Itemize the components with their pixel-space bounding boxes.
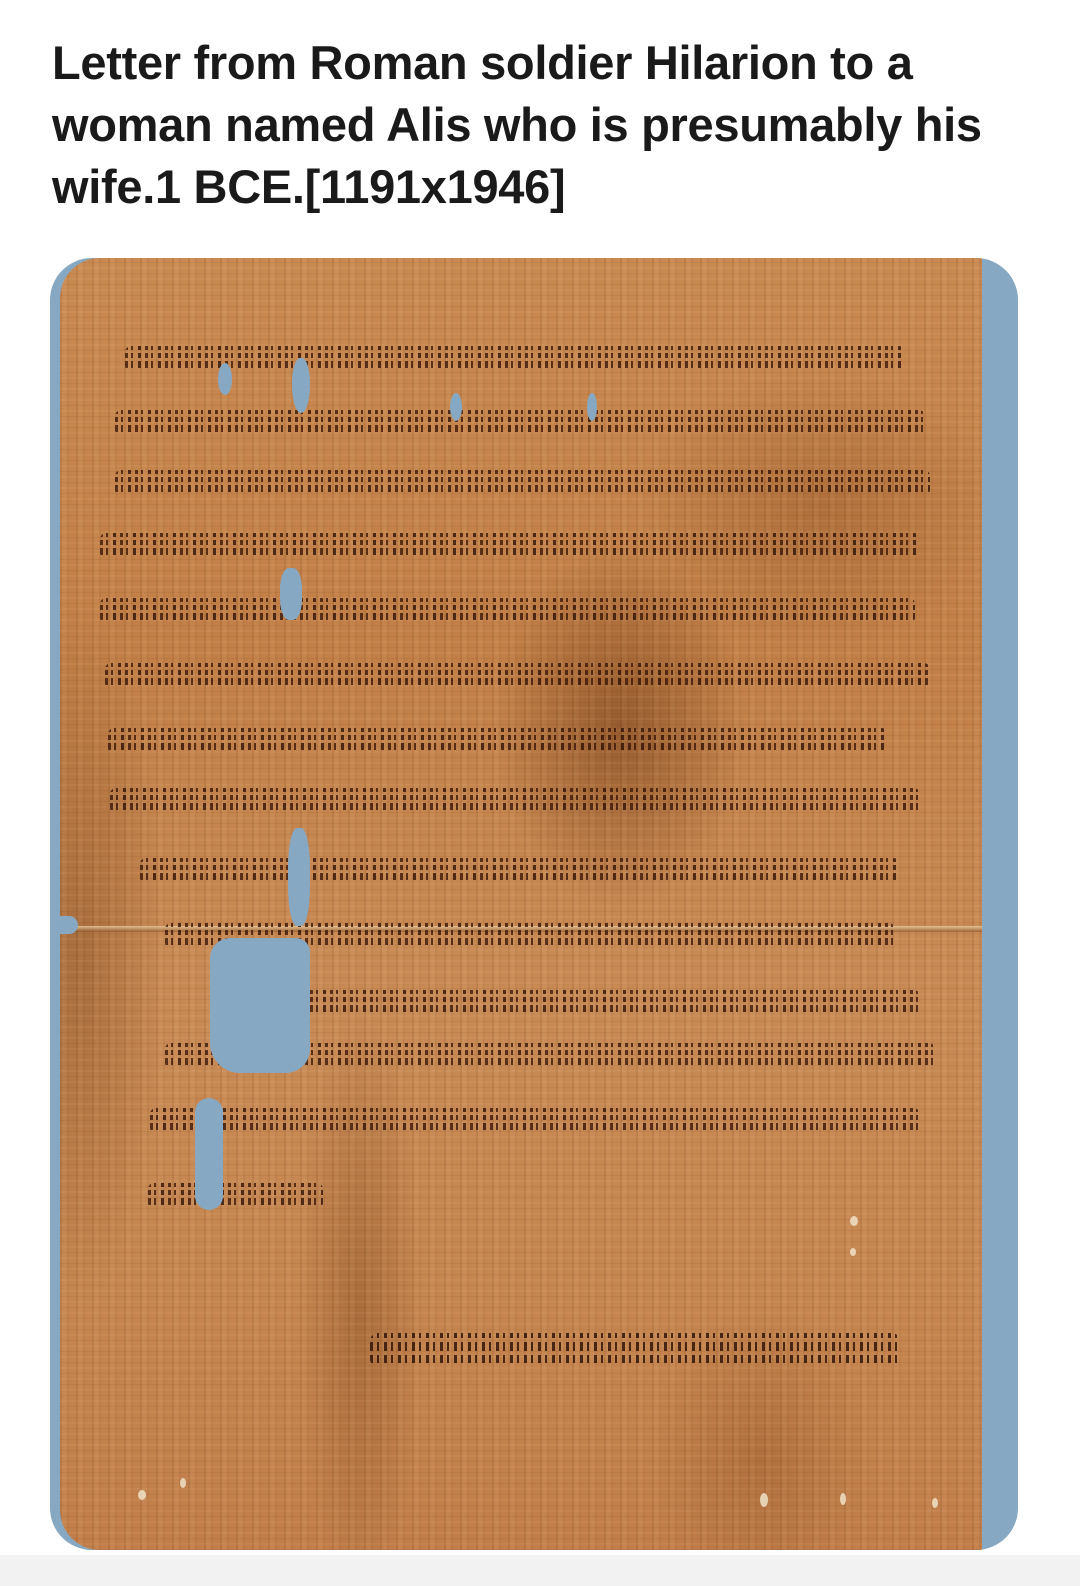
- script-line-text: ἔτους κθ: [148, 1183, 323, 1209]
- speck: [850, 1248, 856, 1256]
- post-title: Letter from Roman soldier Hilarion to a …: [52, 32, 1042, 218]
- script-line-text: ἐσμεν μὴ ἀγωνιᾷς ἐὰν ὅλως εἰσ-: [100, 533, 920, 559]
- script-line-text: λάβωμεν ἀποστελῶ σε ἄνω ἐὰν πολλα-: [110, 788, 920, 814]
- hole-1: [218, 363, 232, 395]
- script-line-text: ἐρωτῶ σε καὶ παρακαλῶ σε ἐπιμελήθη-: [105, 663, 930, 689]
- papyrus-sheet: Ἱλαρίων Ἄλιτι τῇ ἀδελφῇ πλεῖστα χαίρεινκ…: [60, 258, 982, 1550]
- script-line: ἐσμεν μὴ ἀγωνιᾷς ἐὰν ὅλως εἰσ-: [100, 533, 920, 559]
- script-line-text: Ἱλαρίων Ἄλιτι τῇ ἀδελφῇ πλεῖστα χαίρειν: [125, 346, 905, 372]
- hole-large: [210, 938, 310, 1073]
- papyrus-image: Ἱλαρίων Ἄλιτι τῇ ἀδελφῇ πλεῖστα χαίρεινκ…: [50, 258, 1018, 1550]
- script-line: ἔτους κθ: [148, 1183, 323, 1209]
- script-line-text: καὶ Βεροῦτι τῇ κυρίᾳ μου καὶ Ἀπολλωνάριν: [115, 410, 925, 436]
- bottom-divider: [0, 1555, 1080, 1586]
- script-line: ἐρωτῶ σε καὶ παρακαλῶ σε ἐπιμελήθη-: [105, 663, 930, 689]
- speck: [138, 1490, 146, 1500]
- hole-7: [195, 1098, 223, 1210]
- edge-notch: [50, 916, 78, 934]
- hole-3: [450, 393, 462, 421]
- speck: [850, 1216, 858, 1226]
- script-line: Ἀφροδισιᾶτι ὅτι μή με ἐπιλάθῃς: [230, 990, 920, 1016]
- script-line: λάβωμεν ἀποστελῶ σε ἄνω ἐὰν πολλα-: [110, 788, 920, 814]
- script-line: πορεύονται ἐγὼ ἐν Ἀλεξανδρείᾳ μενῶ: [100, 598, 915, 624]
- script-line-text: πορεύονται ἐγὼ ἐν Ἀλεξανδρείᾳ μενῶ: [100, 598, 915, 624]
- speck: [760, 1493, 768, 1507]
- script-line: καὶ Βεροῦτι τῇ κυρίᾳ μου καὶ Ἀπολλωνάριν: [115, 410, 925, 436]
- hole-2: [292, 358, 310, 413]
- signature-line: [370, 1333, 900, 1367]
- script-line: γίνωσκε ὡς ἔτι καὶ νῦν ἐν Ἀλεξανδρείᾳ: [115, 470, 930, 496]
- speck: [840, 1493, 846, 1505]
- hole-6: [288, 828, 310, 926]
- script-line: Ἱλαρίων Ἄλιτι τῇ ἀδελφῇ πλεῖστα χαίρειν: [125, 346, 905, 372]
- script-line: τι τῷ παιδίῳ καὶ ἐὰν εὐθὺς ὀψώνιον: [108, 728, 888, 754]
- speck: [180, 1478, 186, 1488]
- script-line: πολλῶν τέκῃς ἐὰν ἦν ἄρσενον ἄφες: [140, 858, 900, 884]
- script-line-text: σε οὖν ἵνα μὴ ἀγωνιάσῃς: [150, 1108, 920, 1134]
- script-line-text: γίνωσκε ὡς ἔτι καὶ νῦν ἐν Ἀλεξανδρείᾳ: [115, 470, 930, 496]
- speck: [932, 1498, 938, 1508]
- hole-5: [280, 568, 302, 620]
- script-line-text: πολλῶν τέκῃς ἐὰν ἦν ἄρσενον ἄφες: [140, 858, 900, 884]
- script-line: σε οὖν ἵνα μὴ ἀγωνιάσῃς: [150, 1108, 920, 1134]
- script-line-text: Ἀφροδισιᾶτι ὅτι μή με ἐπιλάθῃς: [230, 990, 920, 1016]
- hole-4: [587, 393, 597, 421]
- script-line-text: τι τῷ παιδίῳ καὶ ἐὰν εὐθὺς ὀψώνιον: [108, 728, 888, 754]
